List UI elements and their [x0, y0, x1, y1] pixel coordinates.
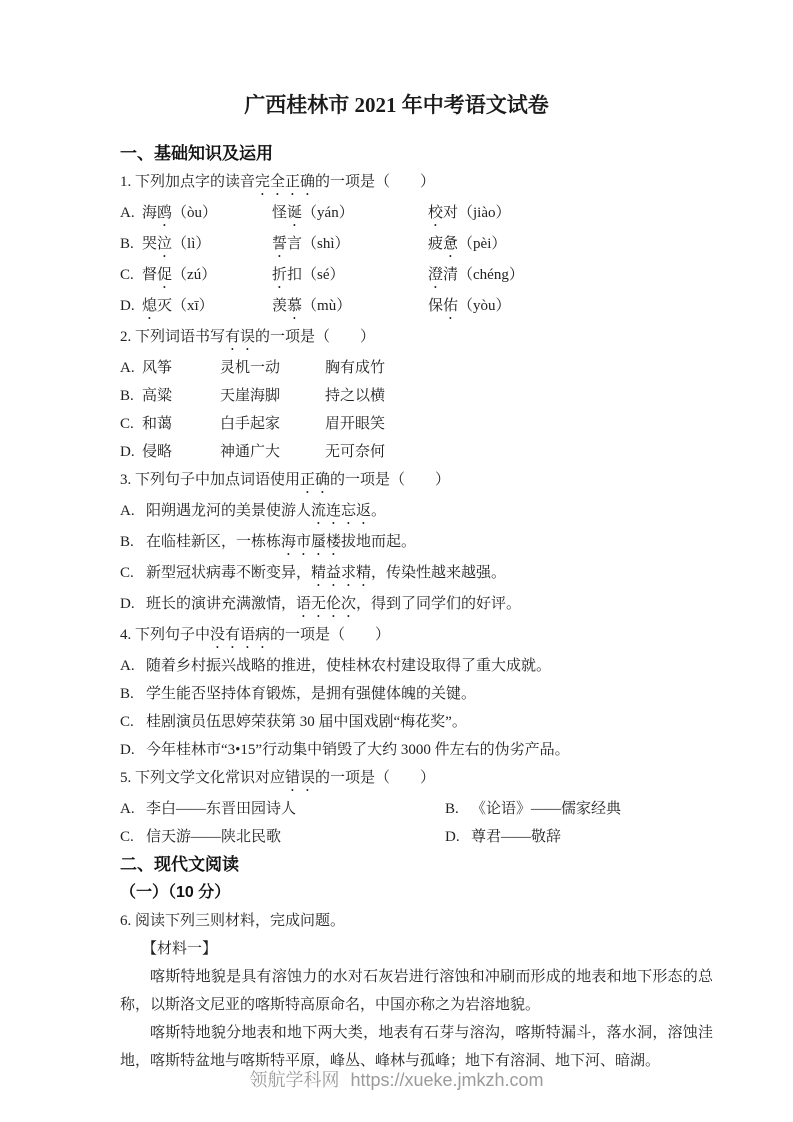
- q2-option-a: A. 风筝 灵机一动 胸有成竹: [120, 354, 713, 382]
- option-label: D.: [120, 292, 142, 323]
- q4-option-d: D. 今年桂林市“3•15”行动集中销毁了大约 3000 件左右的伪劣产品。: [120, 736, 713, 764]
- q3-option-c: C. 新型冠状病毒不断变异，精益求精，传染性越来越强。: [120, 559, 713, 590]
- q1-option-c: C. 督促（zú） 折扣（sé） 澄清（chéng）: [120, 261, 713, 292]
- q1-option-b: B. 哭泣（lì） 誓言（shì） 疲惫（pèi）: [120, 230, 713, 261]
- q5-options-row-2: C. 信天游——陕北民歌 D. 尊君——敬辞: [120, 823, 713, 851]
- q1-term: 校对（jiào）: [428, 199, 713, 230]
- option-text: 桂剧演员伍思婷荣获第 30 届中国戏剧“梅花奖”。: [146, 708, 713, 736]
- option-text: 在临桂新区，一栋栋海市蜃楼拔地而起。: [146, 528, 713, 559]
- q1-term: 保佑（yòu）: [428, 292, 713, 323]
- q3-option-d: D. 班长的演讲充满激情，语无伦次，得到了同学们的好评。: [120, 590, 713, 621]
- q2-term: 胸有成竹: [325, 354, 713, 382]
- q1-option-d: D. 熄灭（xī） 羡慕（mù） 保佑（yòu）: [120, 292, 713, 323]
- q5-option-a: A. 李白——东晋田园诗人: [120, 795, 445, 823]
- q2-term: 天崖海脚: [220, 382, 325, 410]
- option-label: B.: [120, 382, 142, 410]
- q1-term: 澄清（chéng）: [428, 261, 713, 292]
- q4-option-c: C. 桂剧演员伍思婷荣获第 30 届中国戏剧“梅花奖”。: [120, 708, 713, 736]
- option-label: C.: [120, 559, 146, 590]
- option-label: B.: [445, 795, 471, 823]
- q1-term: 誓言（shì）: [272, 230, 428, 261]
- option-label: C.: [120, 823, 146, 851]
- option-text: 随着乡村振兴战略的推进，使桂林农村建设取得了重大成就。: [146, 652, 713, 680]
- q2-option-d: D. 侵略 神通广大 无可奈何: [120, 438, 713, 466]
- option-label: D.: [120, 438, 142, 466]
- q2-term: 持之以横: [325, 382, 713, 410]
- q1-term: 海鸥（òu）: [142, 199, 272, 230]
- option-label: B.: [120, 528, 146, 559]
- option-label: C.: [120, 708, 146, 736]
- q4-option-a: A. 随着乡村振兴战略的推进，使桂林农村建设取得了重大成就。: [120, 652, 713, 680]
- option-label: C.: [120, 410, 142, 438]
- q1-stem: 1. 下列加点字的读音完全正确的一项是（ ）: [120, 168, 713, 199]
- q2-term: 无可奈何: [325, 438, 713, 466]
- option-label: A.: [120, 497, 146, 528]
- material-1-paragraph-1: 喀斯特地貌是具有溶蚀力的水对石灰岩进行溶蚀和冲刷而形成的地表和地下形态的总称，以…: [120, 963, 713, 1019]
- option-label: D.: [120, 736, 146, 764]
- q2-term: 风筝: [142, 354, 220, 382]
- option-label: A.: [120, 199, 142, 230]
- option-text: 李白——东晋田园诗人: [146, 795, 296, 823]
- option-label: A.: [120, 354, 142, 382]
- q1-term: 怪诞（yán）: [272, 199, 428, 230]
- q5-stem: 5. 下列文学文化常识对应错误的一项是（ ）: [120, 764, 713, 795]
- exam-paper-page: 广西桂林市 2021 年中考语文试卷 一、基础知识及运用 1. 下列加点字的读音…: [0, 0, 793, 1122]
- paper-title: 广西桂林市 2021 年中考语文试卷: [0, 0, 793, 120]
- q1-term: 哭泣（lì）: [142, 230, 272, 261]
- option-label: D.: [120, 590, 146, 621]
- option-label: A.: [120, 652, 146, 680]
- option-text: 信天游——陕北民歌: [146, 823, 281, 851]
- option-text: 学生能否坚持体育锻炼，是拥有强健体魄的关键。: [146, 680, 713, 708]
- q4-option-b: B. 学生能否坚持体育锻炼，是拥有强健体魄的关键。: [120, 680, 713, 708]
- q4-stem: 4. 下列句子中没有语病的一项是（ ）: [120, 621, 713, 652]
- option-text: 今年桂林市“3•15”行动集中销毁了大约 3000 件左右的伪劣产品。: [146, 736, 713, 764]
- material-1-label: 【材料一】: [120, 935, 713, 963]
- option-label: C.: [120, 261, 142, 292]
- section-2-heading: 二、现代文阅读: [120, 851, 713, 879]
- q1-term: 折扣（sé）: [272, 261, 428, 292]
- q6-stem: 6. 阅读下列三则材料，完成问题。: [120, 907, 713, 935]
- q1-term: 羡慕（mù）: [272, 292, 428, 323]
- paper-body: 一、基础知识及运用 1. 下列加点字的读音完全正确的一项是（ ） A. 海鸥（ò…: [120, 140, 713, 1075]
- q5-option-d: D. 尊君——敬辞: [445, 823, 713, 851]
- q2-term: 白手起家: [220, 410, 325, 438]
- option-text: 班长的演讲充满激情，语无伦次，得到了同学们的好评。: [146, 590, 713, 621]
- option-text: 《论语》——儒家经典: [471, 795, 621, 823]
- q2-term: 神通广大: [220, 438, 325, 466]
- q1-term: 熄灭（xī）: [142, 292, 272, 323]
- q2-term: 高粱: [142, 382, 220, 410]
- q2-option-b: B. 高粱 天崖海脚 持之以横: [120, 382, 713, 410]
- option-text: 新型冠状病毒不断变异，精益求精，传染性越来越强。: [146, 559, 713, 590]
- footer-site-name: 领航学科网: [249, 1070, 339, 1090]
- option-label: B.: [120, 680, 146, 708]
- q2-term: 和蔼: [142, 410, 220, 438]
- option-text: 尊君——敬辞: [471, 823, 561, 851]
- q2-term: 眉开眼笑: [325, 410, 713, 438]
- part-1-heading: （一）（10 分）: [120, 879, 713, 907]
- q3-option-b: B. 在临桂新区，一栋栋海市蜃楼拔地而起。: [120, 528, 713, 559]
- option-label: A.: [120, 795, 146, 823]
- footer-watermark: 领航学科网 https://xueke.jmkzh.com: [0, 1066, 793, 1094]
- q1-option-a: A. 海鸥（òu） 怪诞（yán） 校对（jiào）: [120, 199, 713, 230]
- q2-term: 灵机一动: [220, 354, 325, 382]
- option-text: 阳朔遇龙河的美景使游人流连忘返。: [146, 497, 713, 528]
- q1-term: 督促（zú）: [142, 261, 272, 292]
- q5-options-row-1: A. 李白——东晋田园诗人 B. 《论语》——儒家经典: [120, 795, 713, 823]
- option-label: B.: [120, 230, 142, 261]
- q3-stem: 3. 下列句子中加点词语使用正确的一项是（ ）: [120, 466, 713, 497]
- q5-option-b: B. 《论语》——儒家经典: [445, 795, 713, 823]
- q3-option-a: A. 阳朔遇龙河的美景使游人流连忘返。: [120, 497, 713, 528]
- option-label: D.: [445, 823, 471, 851]
- q2-stem: 2. 下列词语书写有误的一项是（ ）: [120, 323, 713, 354]
- q5-option-c: C. 信天游——陕北民歌: [120, 823, 445, 851]
- q1-term: 疲惫（pèi）: [428, 230, 713, 261]
- q2-term: 侵略: [142, 438, 220, 466]
- q2-option-c: C. 和蔼 白手起家 眉开眼笑: [120, 410, 713, 438]
- section-1-heading: 一、基础知识及运用: [120, 140, 713, 168]
- footer-url: https://xueke.jmkzh.com: [350, 1070, 543, 1090]
